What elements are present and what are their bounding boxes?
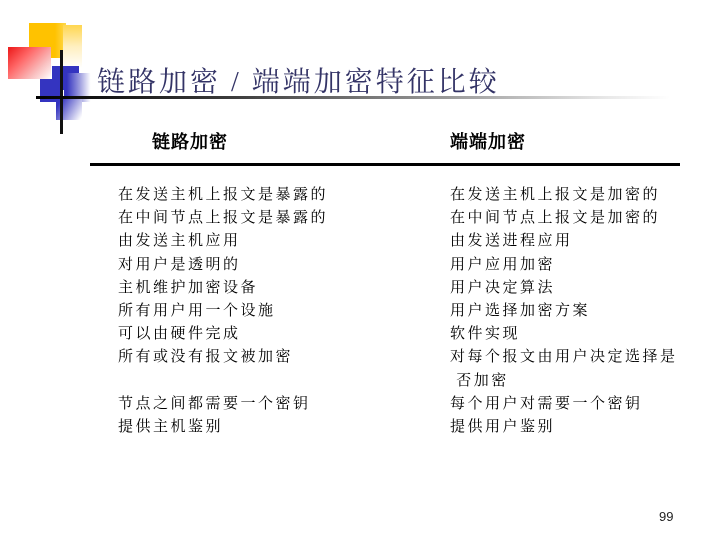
feature-line: 在中间节点上报文是加密的 xyxy=(450,207,710,230)
feature-line: 对用户是透明的 xyxy=(118,254,438,277)
title-underline xyxy=(36,96,670,99)
feature-line: 由发送主机应用 xyxy=(118,230,438,253)
feature-line: 所有或没有报文被加密 xyxy=(118,346,438,369)
end-to-end-encryption-column: 在发送主机上报文是加密的 在中间节点上报文是加密的 由发送进程应用 用户应用加密… xyxy=(450,184,710,439)
feature-line: 对每个报文由用户决定选择是 xyxy=(450,346,710,369)
feature-line: 主机维护加密设备 xyxy=(118,277,438,300)
feature-line: 提供用户鉴别 xyxy=(450,416,710,439)
feature-line: 节点之间都需要一个密钥 xyxy=(118,393,438,416)
feature-line: 由发送进程应用 xyxy=(450,230,710,253)
feature-line: 可以由硬件完成 xyxy=(118,323,438,346)
slide-title: 链路加密 / 端端加密特征比较 xyxy=(97,60,500,100)
feature-line: 在中间节点上报文是暴露的 xyxy=(118,207,438,230)
feature-line: 软件实现 xyxy=(450,323,710,346)
presentation-slide: 链路加密 / 端端加密特征比较 链路加密 端端加密 在发送主机上报文是暴露的 在… xyxy=(0,0,720,540)
feature-line: 用户决定算法 xyxy=(450,277,710,300)
link-encryption-column: 在发送主机上报文是暴露的 在中间节点上报文是暴露的 由发送主机应用 对用户是透明… xyxy=(118,184,438,439)
header-separator-line xyxy=(90,163,680,166)
feature-line: 在发送主机上报文是暴露的 xyxy=(118,184,438,207)
feature-line: 提供主机鉴别 xyxy=(118,416,438,439)
feature-line: 每个用户对需要一个密钥 xyxy=(450,393,710,416)
decoration-red-gradient-square xyxy=(8,47,51,79)
page-number: 99 xyxy=(659,509,673,524)
feature-line: 在发送主机上报文是加密的 xyxy=(450,184,710,207)
decoration-vertical-line xyxy=(60,50,63,134)
feature-line: 用户应用加密 xyxy=(450,254,710,277)
feature-line-wrap: 否加密 xyxy=(450,370,710,393)
feature-line: 用户选择加密方案 xyxy=(450,300,710,323)
column-header-link-encryption: 链路加密 xyxy=(152,128,228,154)
feature-line-spacer xyxy=(118,370,438,393)
column-header-end-to-end-encryption: 端端加密 xyxy=(450,128,526,154)
feature-line: 所有用户用一个设施 xyxy=(118,300,438,323)
